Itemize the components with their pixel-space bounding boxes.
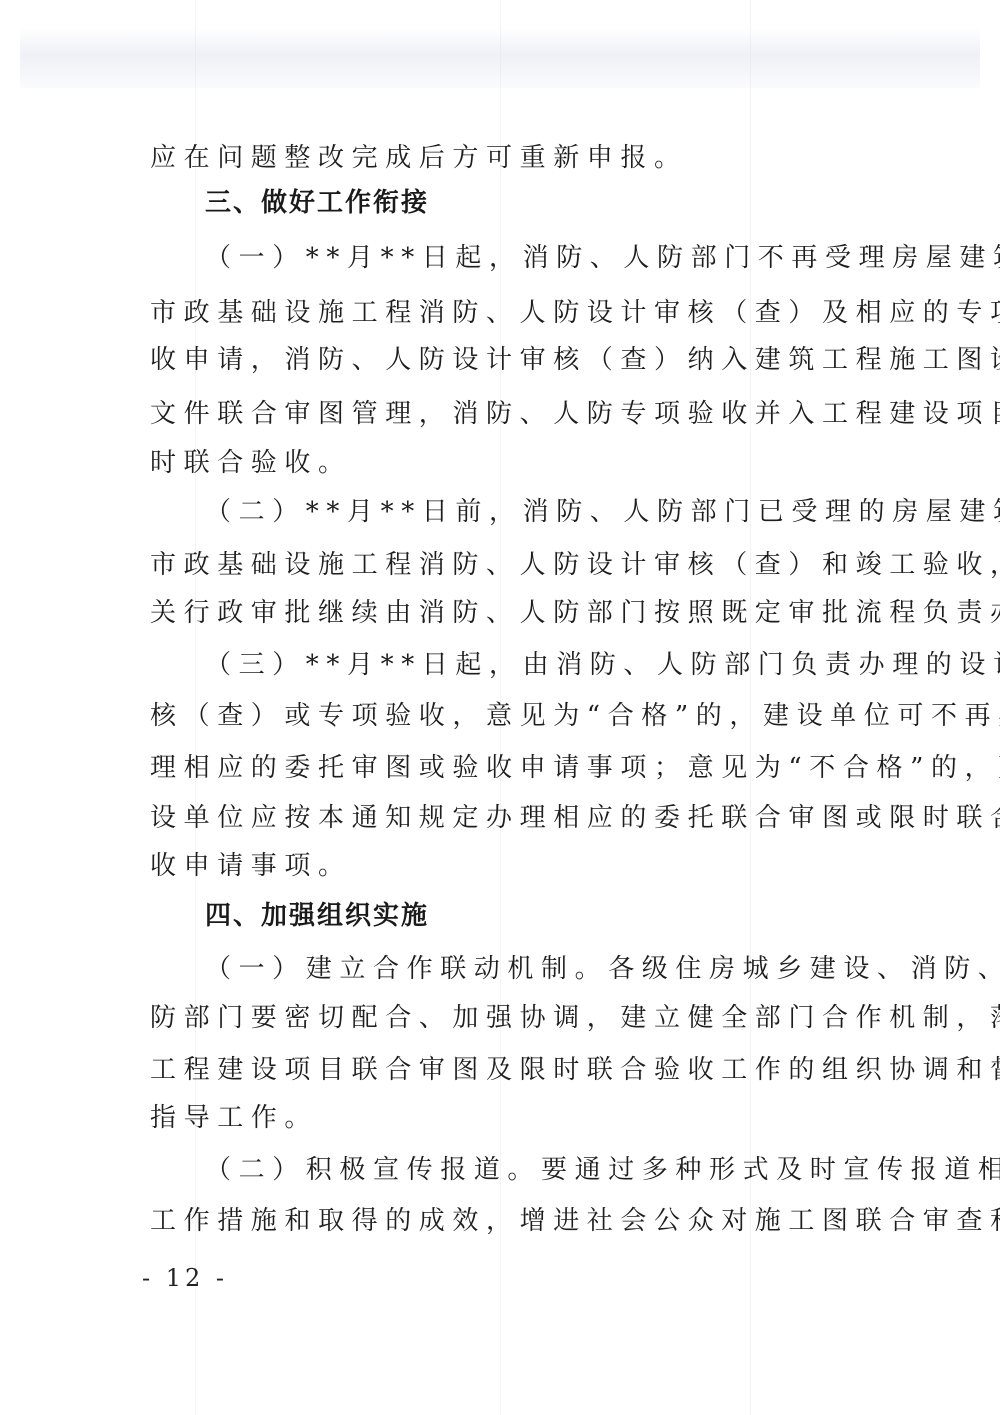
body-line: 核（查）或专项验收，意见为“合格”的，建设单位可不再办 [150, 698, 1000, 734]
body-line: 防部门要密切配合、加强协调，建立健全部门合作机制，落实 [150, 1000, 1000, 1036]
section-heading-3: 三、做好工作衔接 [205, 185, 429, 221]
body-line: 工程建设项目联合审图及限时联合验收工作的组织协调和督促 [150, 1052, 1000, 1088]
paragraph-start: （一）**月**日起，消防、人防部门不再受理房屋建筑和 [205, 240, 1000, 276]
paragraph-start: （一）建立合作联动机制。各级住房城乡建设、消防、人 [205, 951, 1000, 987]
paragraph-start: （二）积极宣传报道。要通过多种形式及时宣传报道相关 [205, 1152, 1000, 1188]
body-line: 时联合验收。 [150, 445, 352, 481]
body-line: 应在问题整改完成后方可重新申报。 [150, 140, 688, 176]
body-line: 指导工作。 [150, 1100, 318, 1136]
body-line: 文件联合审图管理，消防、人防专项验收并入工程建设项目限 [150, 396, 1000, 432]
paragraph-start: （二）**月**日前，消防、人防部门已受理的房屋建筑和 [205, 494, 1000, 530]
body-line: 收申请事项。 [150, 848, 352, 884]
body-line: 关行政审批继续由消防、人防部门按照既定审批流程负责办结。 [150, 595, 1000, 631]
body-line: 工作措施和取得的成效，增进社会公众对施工图联合审查和限 [150, 1203, 1000, 1239]
section-heading-4: 四、加强组织实施 [205, 898, 429, 934]
page-number: - 12 - [142, 1263, 228, 1293]
document-page: 应在问题整改完成后方可重新申报。 三、做好工作衔接 （一）**月**日起，消防、… [0, 0, 1000, 1415]
paragraph-start: （三）**月**日起，由消防、人防部门负责办理的设计审 [205, 647, 1000, 683]
body-line: 设单位应按本通知规定办理相应的委托联合审图或限时联合验 [150, 800, 1000, 836]
body-line: 市政基础设施工程消防、人防设计审核（查）和竣工验收，相 [150, 547, 1000, 583]
body-line: 收申请，消防、人防设计审核（查）纳入建筑工程施工图设计 [150, 342, 1000, 378]
body-line: 市政基础设施工程消防、人防设计审核（查）及相应的专项验 [150, 295, 1000, 331]
body-line: 理相应的委托审图或验收申请事项；意见为“不合格”的，建 [150, 750, 1000, 786]
